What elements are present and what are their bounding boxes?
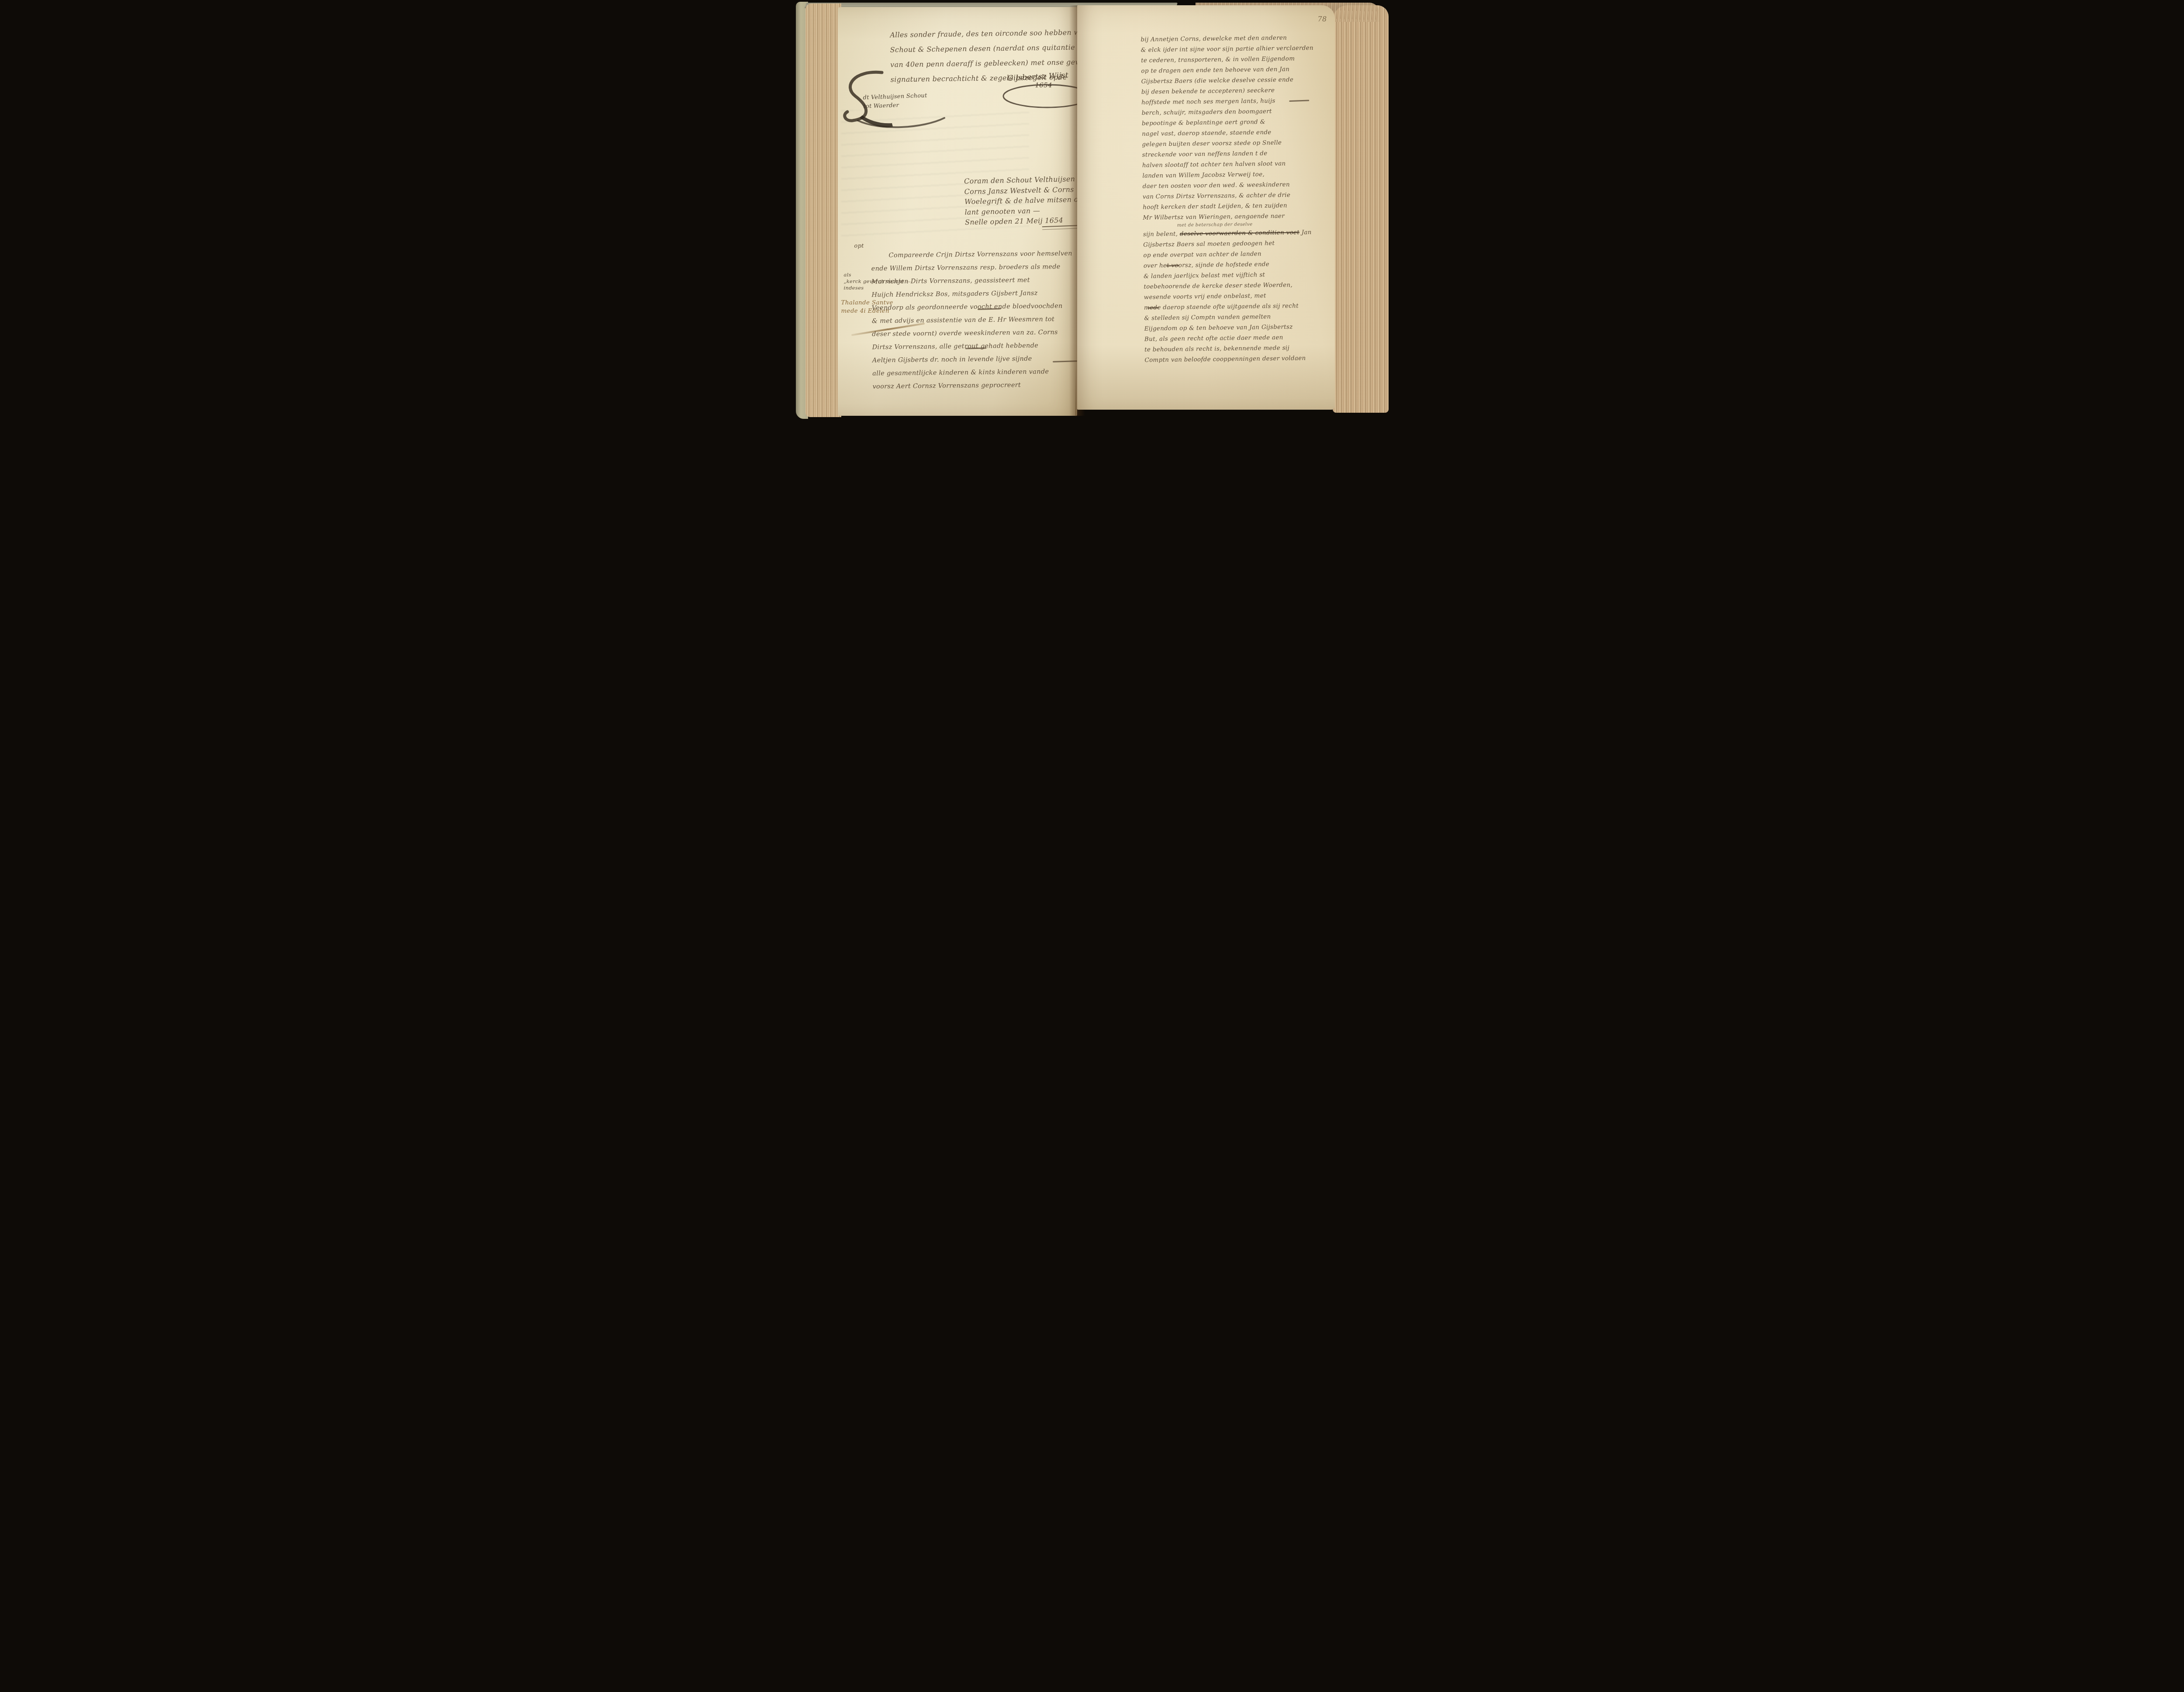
manuscript-line: & met advijs en assistentie van de E. Hr… [871, 313, 1078, 328]
manuscript-line: deser stede voornt) overde weeskinderen … [872, 326, 1079, 341]
manuscript-line: Comptn van beloofde cooppenningen deser … [1144, 352, 1335, 365]
manuscript-line: voorsz Aert Cornsz Vorrenszans geprocree… [872, 378, 1079, 394]
folio-number: 78 [1318, 15, 1327, 23]
manuscript-line: Veendorp als geordonneerde voocht ende b… [871, 300, 1078, 315]
gutter-fold-crease [1075, 364, 1076, 416]
lines-lower: Gijsbertsz Baers sal moeten gedoogen het… [1143, 237, 1335, 365]
right-page: 78 bij Annetjen Corns, dewelcke met den … [1077, 5, 1335, 410]
struck-passage: deselve voorwaerden & conditien voet [1179, 229, 1299, 237]
manuscript-line: Huijch Hendricksz Bos, mitsgaders Gijsbe… [871, 287, 1078, 302]
act-continuation-block: bij Annetjen Corns, dewelcke met den and… [1140, 32, 1335, 365]
line-segment: Jan [1301, 229, 1311, 236]
manuscript-line: Marrichjen Dirts Vorrenszans, geassistee… [871, 273, 1078, 289]
manuscript-line: alle gesamentlijcke kinderen & kints kin… [872, 365, 1079, 380]
act-body-block: Compareerde Crijn Dirtsz Vorrenszans voo… [871, 247, 1079, 394]
line-segment: sijn belent, [1143, 231, 1178, 238]
attestation-note: dt Velthuijsen Schouttot Waerder [863, 91, 927, 111]
manuscript-line: Dirtsz Vorrenszans, alle getrout gehadt … [872, 339, 1079, 354]
left-page: Alles sonder fraude, des ten oirconde so… [838, 7, 1077, 416]
manuscript-line: ende Willem Dirtsz Vorrenszans resp. bro… [871, 260, 1078, 276]
manuscript-line: Compareerde Crijn Dirtsz Vorrenszans voo… [871, 247, 1078, 262]
lines-upper: bij Annetjen Corns, dewelcke met den and… [1140, 32, 1333, 223]
margin-mark: opt [854, 243, 864, 249]
manuscript-line: Aeltjen Gijsberts dr. noch in levende li… [872, 352, 1079, 367]
page-stack-left [805, 3, 841, 417]
manuscript-photograph: Alles sonder fraude, des ten oirconde so… [792, 0, 1392, 423]
page-stack-right [1333, 5, 1389, 413]
